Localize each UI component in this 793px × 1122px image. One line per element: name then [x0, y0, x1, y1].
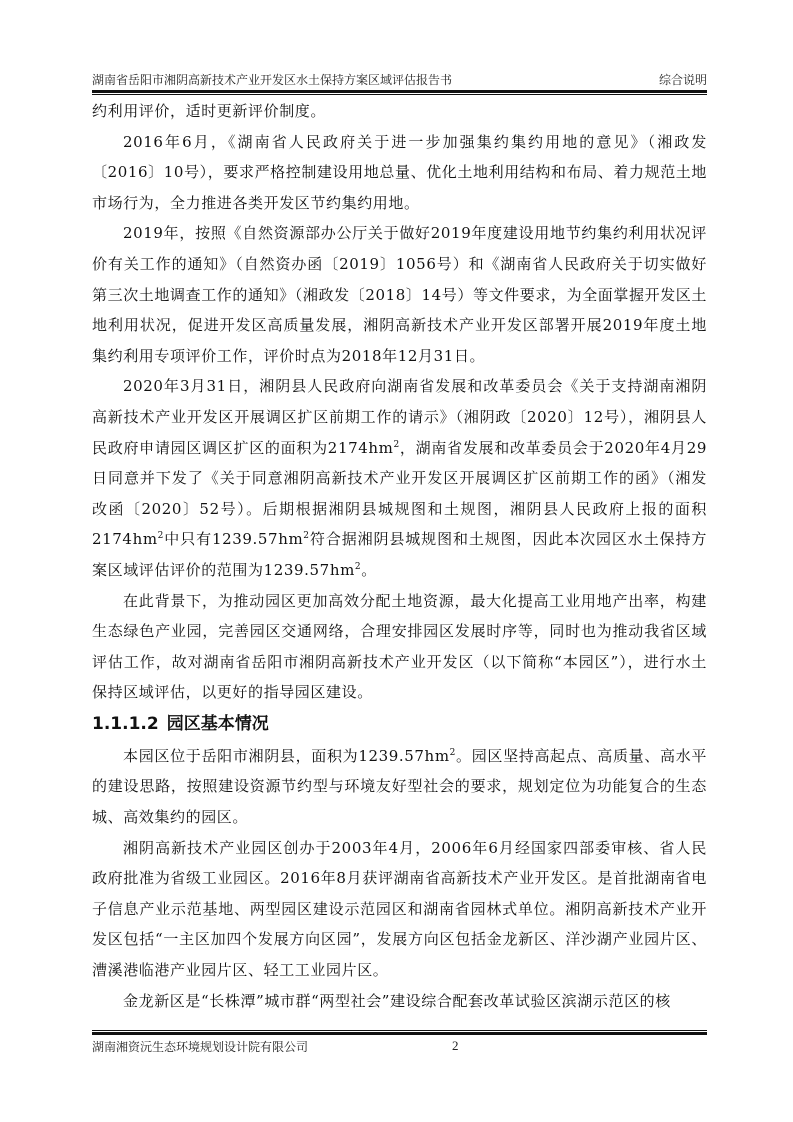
paragraph-4-part-c: 中只有1239.57hm: [164, 530, 303, 548]
paragraph-6-part-a: 本园区位于岳阳市湘阴县，面积为1239.57hm: [123, 747, 450, 765]
footer-company: 湖南湘资沅生态环境规划设计院有限公司: [92, 1038, 308, 1055]
footer-rule-thick: [92, 1032, 707, 1035]
section-heading-number: 1.1.1.2: [92, 714, 159, 734]
page-body: 约利用评价，适时更新评价制度。 2016年6月，《湖南省人民政府关于进一步加强集…: [92, 96, 707, 1016]
document-page: 湖南省岳阳市湘阴高新技术产业开发区水土保持方案区域评估报告书 综合说明 约利用评…: [0, 0, 793, 1122]
paragraph-8: 金龙新区是“长株潭”城市群“两型社会”建设综合配套改革试验区滨湖示范区的核: [92, 986, 707, 1017]
paragraph-4-part-e: 。: [361, 561, 377, 579]
section-heading: 1.1.1.2园区基本情况: [92, 708, 707, 741]
section-heading-text: 园区基本情况: [167, 714, 269, 734]
paragraph-6: 本园区位于岳阳市湘阴县，面积为1239.57hm2。园区坚持高起点、高质量、高水…: [92, 741, 707, 833]
header-rule-thin: [92, 94, 707, 95]
paragraph-1: 约利用评价，适时更新评价制度。: [92, 96, 707, 127]
header-title: 湖南省岳阳市湘阴高新技术产业开发区水土保持方案区域评估报告书: [92, 71, 452, 88]
page-number: 2: [452, 1038, 459, 1054]
paragraph-3: 2019年，按照《自然资源部办公厅关于做好2019年度建设用地节约集约利用状况评…: [92, 218, 707, 371]
footer-rule-thin: [92, 1030, 707, 1031]
paragraph-7: 湘阴高新技术产业园区创办于2003年4月，2006年6月经国家四部委审核、省人民…: [92, 833, 707, 986]
header-rule: [92, 90, 707, 95]
header-rule-thick: [92, 90, 707, 93]
header-section: 综合说明: [659, 71, 707, 88]
paragraph-4: 2020年3月31日，湘阴县人民政府向湖南省发展和改革委员会《关于支持湖南湘阴高…: [92, 371, 707, 585]
page-header: 湖南省岳阳市湘阴高新技术产业开发区水土保持方案区域评估报告书 综合说明: [92, 68, 707, 88]
footer-rule: [92, 1030, 707, 1035]
paragraph-5: 在此背景下，为推动园区更加高效分配土地资源，最大化提高工业用地产出率，构建生态绿…: [92, 586, 707, 708]
paragraph-2: 2016年6月，《湖南省人民政府关于进一步加强集约集约用地的意见》（湘政发〔20…: [92, 127, 707, 219]
